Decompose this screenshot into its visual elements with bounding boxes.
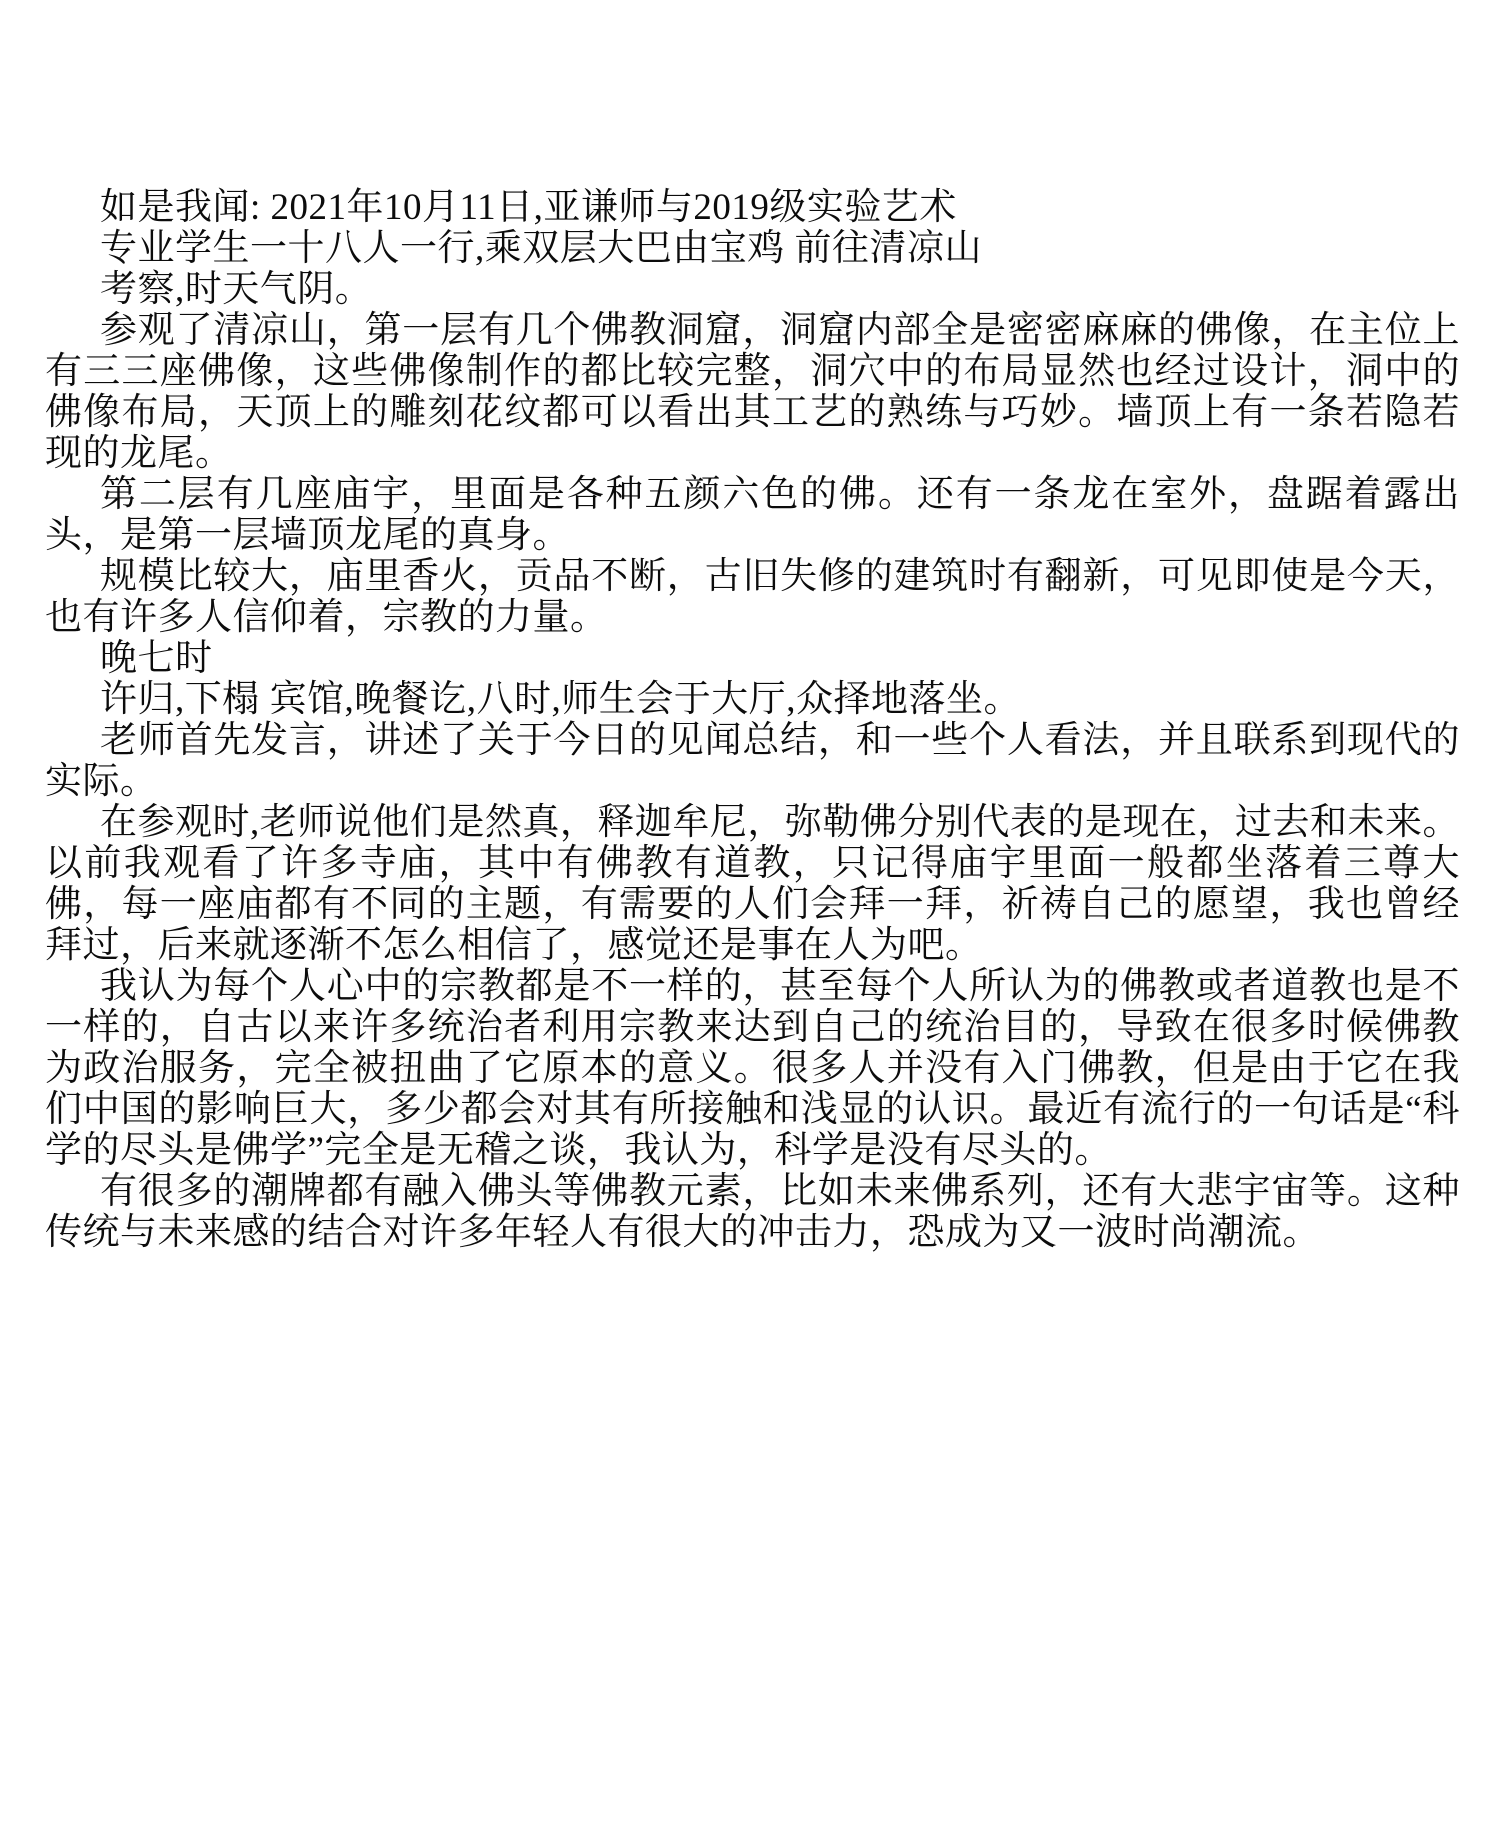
paragraph-buddha-meaning: 在参观时,老师说他们是然真，释迦牟尼，弥勒佛分别代表的是现在，过去和未来。以前我… bbox=[45, 802, 1460, 966]
paragraph-teacher-speech: 老师首先发言，讲述了关于今日的见闻总结，和一些个人看法，并且联系到现代的实际。 bbox=[45, 720, 1460, 802]
paragraph-header-line-2: 专业学生一十八人一行,乘双层大巴由宝鸡 前往清凉山 bbox=[45, 228, 1460, 269]
paragraph-cave-visit: 参观了清凉山，第一层有几个佛教洞窟，洞窟内部全是密密麻麻的佛像，在主位上有三三座… bbox=[45, 310, 1460, 474]
paragraph-header-line-1: 如是我闻: 2021年10月11日,亚谦师与2019级实验艺术 bbox=[45, 187, 1460, 228]
text-block: 如是我闻: 2021年10月11日,亚谦师与2019级实验艺术 专业学生一十八人… bbox=[45, 187, 1460, 1253]
document-page: 如是我闻: 2021年10月11日,亚谦师与2019级实验艺术 专业学生一十八人… bbox=[0, 0, 1500, 1841]
paragraph-header-line-3: 考察,时天气阴。 bbox=[45, 269, 1460, 310]
paragraph-temple-scale: 规模比较大，庙里香火，贡品不断，古旧失修的建筑时有翻新，可见即使是今天，也有许多… bbox=[45, 556, 1460, 638]
paragraph-fashion-trend: 有很多的潮牌都有融入佛头等佛教元素，比如未来佛系列，还有大悲宇宙等。这种传统与未… bbox=[45, 1171, 1460, 1253]
paragraph-evening-time: 晚七时 bbox=[45, 638, 1460, 679]
paragraph-personal-view: 我认为每个人心中的宗教都是不一样的，甚至每个人所认为的佛教或者道教也是不一样的，… bbox=[45, 966, 1460, 1171]
paragraph-hotel-return: 许归,下榻 宾馆,晚餐讫,八时,师生会于大厅,众择地落坐。 bbox=[45, 679, 1460, 720]
paragraph-second-level: 第二层有几座庙宇，里面是各种五颜六色的佛。还有一条龙在室外，盘踞着露出头，是第一… bbox=[45, 474, 1460, 556]
